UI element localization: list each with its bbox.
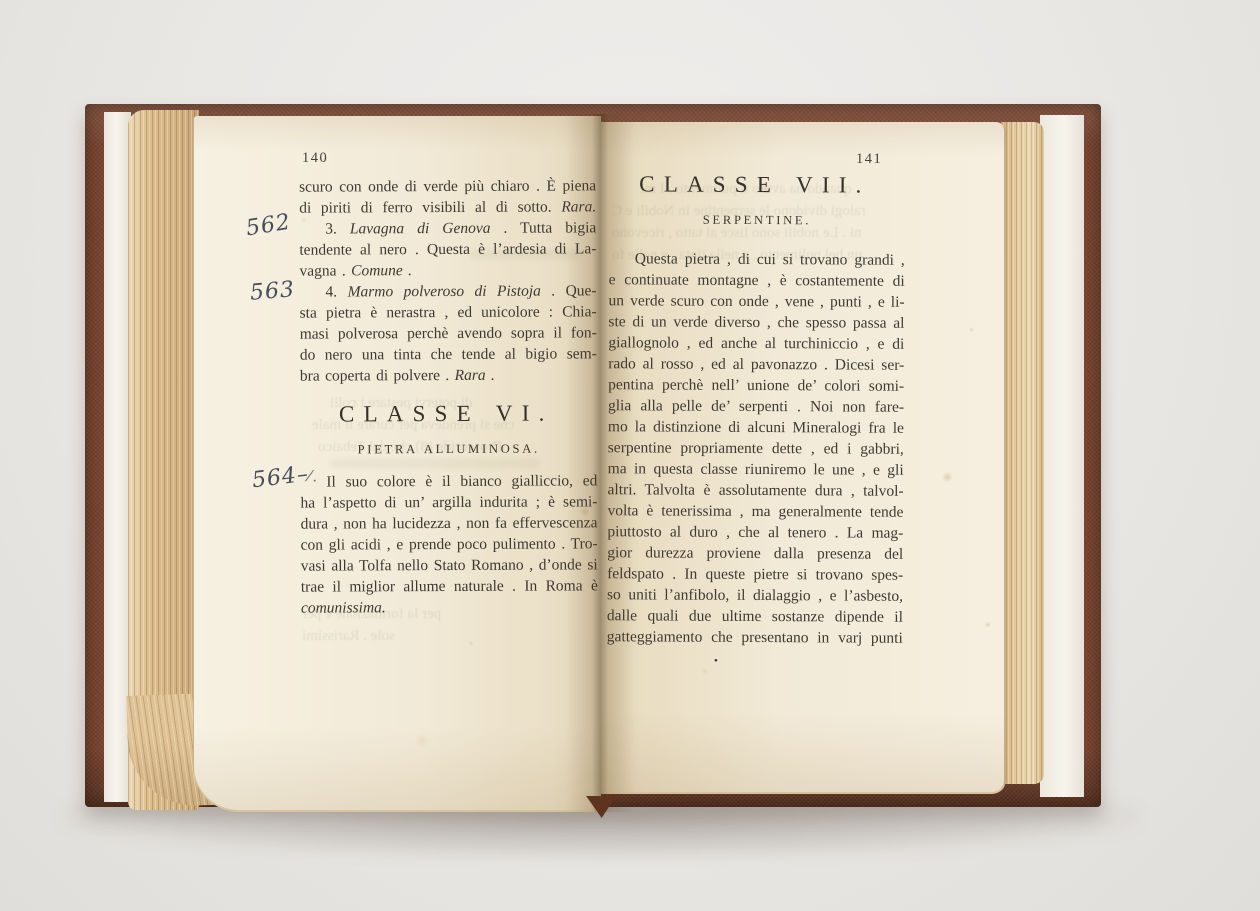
text-run: Questa pietra , di cui si trovano grandi… <box>635 250 905 268</box>
printed-text-line: feldspato . In queste pietre si trovano … <box>607 563 903 586</box>
text-run: masi polverosa perchè avendo sopra il fo… <box>300 324 597 342</box>
printed-text-line: Il suo colore è il bianco gialliccio, ed <box>300 470 597 492</box>
text-run: glia alla pelle de’ serpenti . Noi non f… <box>608 397 904 416</box>
printed-text-line: gatteggiamento che presentano in varj pu… <box>607 626 903 649</box>
text-run: trae il miglior allume naturale . In Rom… <box>301 577 598 595</box>
printed-text-line: pentina perchè nell’ unione de’ colori s… <box>608 374 904 397</box>
printed-text-line: serpentine propriamente dette , ed i gab… <box>608 437 904 460</box>
printed-text-line: rado al rosso , ed al pavonazzo . Dicesi… <box>608 353 904 376</box>
section-subheading-serpentine: SERPENTINE. <box>609 212 905 228</box>
text-run: di piriti di ferro visibili al di sotto. <box>299 199 561 217</box>
text-run: so uniti l’anfibolo, il dialaggio , e l’… <box>607 586 903 605</box>
printed-text-line: tendente al nero . Questa è l’ardesia di… <box>299 238 596 260</box>
text-run: do nero una tinta che tende al bigio sem… <box>300 345 597 363</box>
italic-text-run: Lavagna di Genova <box>350 220 491 238</box>
show-through-text: sole . Rarissimi <box>302 626 395 646</box>
printed-text-line: di piriti di ferro visibili al di sotto.… <box>299 196 596 218</box>
printed-text-line: trae il miglior allume naturale . In Rom… <box>301 575 598 597</box>
text-run: Il suo colore è il bianco gialliccio, ed <box>326 472 597 490</box>
printed-text-line: ste di un verde diverso , che spesso pas… <box>608 311 904 334</box>
italic-text-run: Rara . <box>455 367 495 384</box>
text-run: un verde scuro con onde , vene , punti ,… <box>609 292 905 311</box>
italic-text-run: Comune . <box>351 262 412 279</box>
section-heading-classe-vi: CLASSE VI. <box>295 400 597 426</box>
printed-text-line: sta pietra è nerastra , ed unicolore : C… <box>300 301 597 323</box>
printed-text-line: 3. Lavagna di Genova . Tutta bigia <box>299 217 596 239</box>
printed-text-line: ha l’aspetto di un’ argilla indurita ; è… <box>300 491 597 513</box>
printed-text-line: dura , non ha lucidezza , non fa efferve… <box>301 512 598 534</box>
text-run: serpentine propriamente dette , ed i gab… <box>608 439 904 458</box>
text-run: con gli acidi , e prende poco pulimento … <box>301 535 598 553</box>
printed-text-line: vagna . Comune . <box>299 259 596 281</box>
printed-text-line: volta è tenerissima , ma generalmente te… <box>607 500 903 523</box>
printed-text-line: vasi alla Tolfa nello Stato Romano , d’o… <box>301 554 598 576</box>
printed-text-line: ma in questa classe riuniremo le une , e… <box>608 458 904 481</box>
text-column-right: CLASSE VII. SERPENTINE. Questa pietra , … <box>607 171 905 649</box>
italic-text-run: Marmo polveroso di Pistoja <box>348 283 541 301</box>
text-run: rado al rosso , ed al pavonazzo . Dicesi… <box>608 355 904 374</box>
printed-text-line: bra coperta di polvere . Rara . <box>300 364 597 386</box>
paragraph-block: scuro con onde di verde più chiaro . È p… <box>299 175 597 386</box>
text-run: vagna . <box>299 262 351 279</box>
text-run: dalle quali due ultime sostanze dipende … <box>607 607 903 626</box>
text-run: e continuate montagne , è costantemente … <box>609 271 905 290</box>
printed-text-line: piuttosto al duro , che al tenero . La m… <box>607 521 903 544</box>
paragraph-block: Questa pietra , di cui si trovano grandi… <box>607 248 905 649</box>
printed-text-line: Questa pietra , di cui si trovano grandi… <box>609 248 905 271</box>
text-run: feldspato . In queste pietre si trovano … <box>607 565 903 584</box>
text-run: ste di un verde diverso , che spesso pas… <box>608 313 904 332</box>
text-run: bra coperta di polvere . <box>300 367 455 385</box>
printed-text-line: gior durezza proviene dalla presenza del <box>607 542 903 565</box>
printed-text-line: glia alla pelle de’ serpenti . Noi non f… <box>608 395 904 418</box>
printed-text-line: giallognolo , ed anche al turchiniccio ,… <box>608 332 904 355</box>
italic-text-run: comunissima. <box>301 599 386 616</box>
printed-text-line: comunissima. <box>301 596 598 618</box>
paragraph-block: Il suo colore è il bianco gialliccio, ed… <box>300 470 598 618</box>
text-run: vasi alla Tolfa nello Stato Romano , d’o… <box>301 556 598 574</box>
text-run: . Tutta bigia <box>490 219 596 236</box>
handwritten-number: 563 <box>249 277 296 306</box>
photo-backdrop: di potervi pestare i colliche si prendev… <box>0 0 1260 911</box>
text-run: altri. Talvolta è assolutamente dura , t… <box>608 481 904 500</box>
section-subheading-pietra-alluminosa: PIETRA ALLUMINOSA. <box>300 441 597 456</box>
printed-text-line: con gli acidi , e prende poco pulimento … <box>301 533 598 555</box>
printed-text-line: mo la distinzione di alcuni Mineralogi f… <box>608 416 904 439</box>
text-run: scuro con onde di verde più chiaro . È p… <box>299 177 596 195</box>
page-edges-right <box>1001 122 1044 784</box>
page-number-right: 141 <box>856 151 882 168</box>
text-run: mo la distinzione di alcuni Mineralogi f… <box>608 418 904 437</box>
printed-text-line: scuro con onde di verde più chiaro . È p… <box>299 175 596 197</box>
text-run: giallognolo , ed anche al turchiniccio ,… <box>608 334 904 353</box>
printed-text-line: altri. Talvolta è assolutamente dura , t… <box>608 479 904 502</box>
text-run: pentina perchè nell’ unione de’ colori s… <box>608 376 904 395</box>
endpaper-right <box>1040 115 1084 797</box>
text-run: gatteggiamento che presentano in varj pu… <box>607 628 903 647</box>
text-run: tendente al nero . Questa è l’ardesia di… <box>299 240 596 258</box>
text-column-left: scuro con onde di verde più chiaro . È p… <box>299 175 598 618</box>
text-run: dura , non ha lucidezza , non fa efferve… <box>301 514 598 532</box>
printed-text-line: un verde scuro con onde , vene , punti ,… <box>609 290 905 313</box>
signature-dot: • <box>714 655 718 667</box>
printed-text-line: e continuate montagne , è costantemente … <box>609 269 905 292</box>
printed-text-line: dalle quali due ultime sostanze dipende … <box>607 605 903 628</box>
text-run: ma in questa classe riuniremo le une , e… <box>608 460 904 479</box>
printed-text-line: 4. Marmo polveroso di Pistoja . Que- <box>299 280 596 302</box>
page-number-left: 140 <box>302 150 328 167</box>
handwritten-mark: /. <box>306 466 320 486</box>
section-heading-classe-vii: CLASSE VII. <box>605 171 906 198</box>
text-run: 3. <box>325 220 350 237</box>
italic-text-run: Rara. <box>561 198 596 215</box>
printed-text-line: so uniti l’anfibolo, il dialaggio , e l’… <box>607 584 903 607</box>
text-run: 4. <box>326 283 348 300</box>
text-run: sta pietra è nerastra , ed unicolore : C… <box>300 303 597 321</box>
text-run: . Que- <box>541 282 597 299</box>
text-run: gior durezza proviene dalla presenza del <box>607 544 903 563</box>
printed-text-line: do nero una tinta che tende al bigio sem… <box>300 343 597 365</box>
text-run: piuttosto al duro , che al tenero . La m… <box>607 523 903 542</box>
printed-text-line: masi polverosa perchè avendo sopra il fo… <box>300 322 597 344</box>
text-run: volta è tenerissima , ma generalmente te… <box>607 502 903 521</box>
text-run: ha l’aspetto di un’ argilla indurita ; è… <box>300 493 597 511</box>
